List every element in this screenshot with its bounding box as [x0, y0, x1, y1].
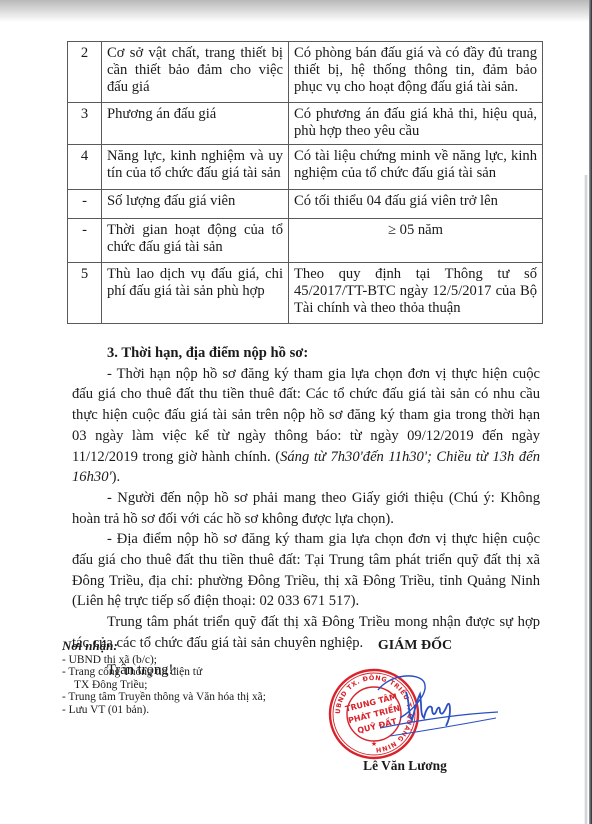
- table-row: - Thời gian hoạt động của tổ chức đấu gi…: [68, 219, 543, 263]
- criterion-cell: Thù lao dịch vụ đấu giá, chi phí đấu giá…: [102, 263, 289, 324]
- signer-name: Lê Văn Lương: [325, 758, 485, 774]
- row-number: 4: [68, 145, 102, 190]
- page-edge-shadow: [584, 175, 588, 824]
- intro-letter-paragraph: - Người đến nộp hồ sơ phải mang theo Giấ…: [72, 488, 540, 529]
- table-row: 5 Thù lao dịch vụ đấu giá, chi phí đấu g…: [68, 263, 543, 324]
- row-number: -: [68, 190, 102, 219]
- criterion-cell: Cơ sở vật chất, trang thiết bị cần thiết…: [102, 42, 289, 103]
- requirement-cell: ≥ 05 năm: [289, 219, 543, 263]
- requirement-cell: Có tối thiểu 04 đấu giá viên trở lên: [289, 190, 543, 219]
- deadline-paragraph: - Thời hạn nộp hồ sơ đăng ký tham gia lự…: [72, 364, 540, 488]
- section-heading: 3. Thời hạn, địa điểm nộp hồ sơ:: [72, 343, 540, 364]
- requirement-cell: Có phương án đấu giá khả thi, hiệu quả, …: [289, 103, 543, 145]
- recipient-item: - Lưu VT (01 bản).: [62, 704, 322, 717]
- handwritten-signature-icon: [360, 672, 500, 742]
- requirement-cell: Có tài liệu chứng minh về năng lực, kinh…: [289, 145, 543, 190]
- recipients-block: Nơi nhận: - UBND thị xã (b/c); - Trang c…: [62, 640, 322, 717]
- table-row: 2 Cơ sở vật chất, trang thiết bị cần thi…: [68, 42, 543, 103]
- signer-title: GIÁM ĐỐC: [340, 638, 490, 654]
- criterion-cell: Thời gian hoạt động của tổ chức đấu giá …: [102, 219, 289, 263]
- deadline-end: ).: [112, 469, 121, 485]
- requirement-cell: Có phòng bán đấu giá và có đầy đủ trang …: [289, 42, 543, 103]
- recipient-item: - UBND thị xã (b/c);: [62, 654, 322, 667]
- row-number: -: [68, 219, 102, 263]
- criteria-table: 2 Cơ sở vật chất, trang thiết bị cần thi…: [67, 41, 543, 324]
- table-row: - Số lượng đấu giá viên Có tối thiểu 04 …: [68, 190, 543, 219]
- section-3-body: 3. Thời hạn, địa điểm nộp hồ sơ: - Thời …: [72, 343, 540, 680]
- location-paragraph: - Địa điểm nộp hồ sơ đăng ký tham gia lự…: [72, 529, 540, 612]
- recipient-item: - Trung tâm Truyền thông và Văn hóa thị …: [62, 691, 322, 704]
- criterion-cell: Năng lực, kinh nghiệm và uy tín của tổ c…: [102, 145, 289, 190]
- recipient-item: TX Đông Triều;: [62, 679, 322, 692]
- criterion-cell: Số lượng đấu giá viên: [102, 190, 289, 219]
- row-number: 5: [68, 263, 102, 324]
- row-number: 2: [68, 42, 102, 103]
- requirement-cell: Theo quy định tại Thông tư số 45/2017/TT…: [289, 263, 543, 324]
- row-number: 3: [68, 103, 102, 145]
- recipient-item: - Trang cổng Thông tin điện tử: [62, 666, 322, 679]
- criterion-cell: Phương án đấu giá: [102, 103, 289, 145]
- table-row: 4 Năng lực, kinh nghiệm và uy tín của tổ…: [68, 145, 543, 190]
- page-top-shadow: [0, 0, 592, 22]
- recipients-title: Nơi nhận:: [62, 640, 322, 653]
- table-row: 3 Phương án đấu giá Có phương án đấu giá…: [68, 103, 543, 145]
